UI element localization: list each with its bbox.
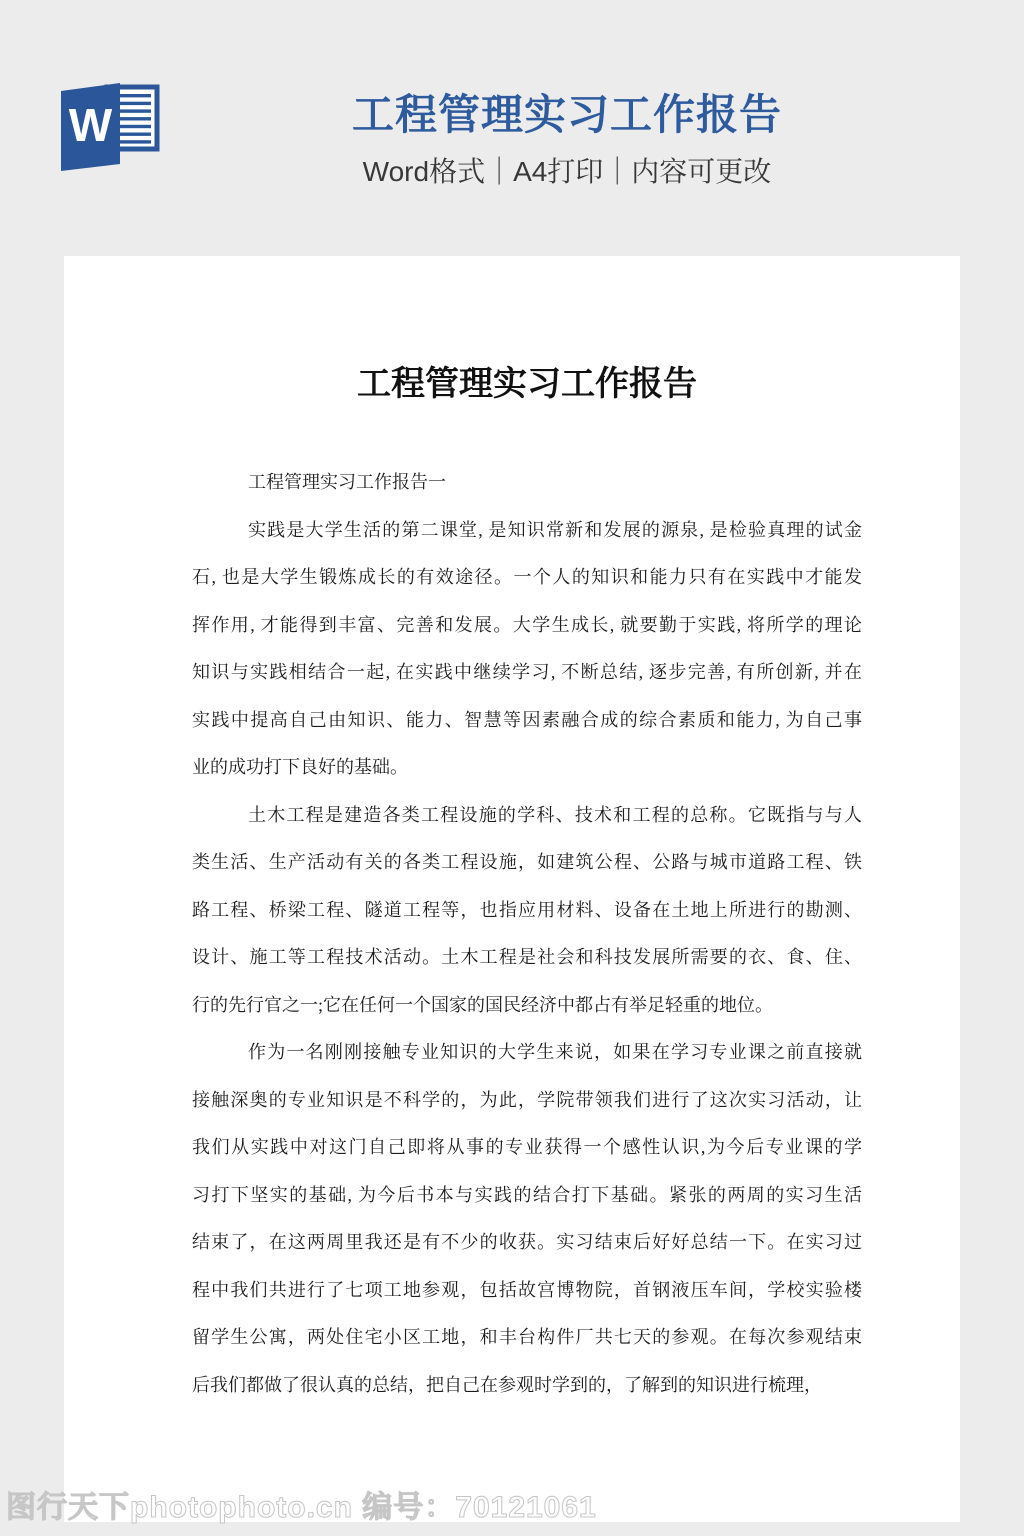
header-subtitle: Word格式｜A4打印｜内容可更改 [352,152,782,192]
template-preview-page: { "colors":{ "background":"#ececec", "ac… [0,0,1024,1536]
document-line: 结束了，在这两周里我还是有不少的收获。实习结束后好好总结一下。在实习过 [192,1219,862,1267]
watermark-site-id: 图行天下photophoto.cn 编号：70121061 [6,1482,597,1526]
document-line: 习打下坚实的基础, 为今后书本与实践的结合打下基础。紧张的两周的实习生活 [192,1172,862,1220]
document-line: 程中我们共进行了七项工地参观，包括故宫博物院，首钢液压车间，学校实验楼 [192,1267,862,1315]
document-line: 作为一名刚刚接触专业知识的大学生来说，如果在学习专业课之前直接就 [192,1029,862,1077]
document-line: 我们从实践中对这门自己即将从事的专业获得一个感性认识,为今后专业课的学 [192,1124,862,1172]
document-line: 行的先行官之一;它在任何一个国家的国民经济中都占有举足轻重的地位。 [192,982,862,1030]
document-page-inner: 工程管理实习工作报告 工程管理实习工作报告一实践是大学生活的第二课堂, 是知识常… [64,360,960,1409]
document-body: 工程管理实习工作报告一实践是大学生活的第二课堂, 是知识常新和发展的源泉, 是检… [192,459,862,1409]
document-line: 挥作用, 才能得到丰富、完善和发展。大学生成长, 就要勤于实践, 将所学的理论 [192,602,862,650]
document-line: 类生活、生产活动有关的各类工程设施，如建筑公程、公路与城市道路工程、铁 [192,839,862,887]
document-line: 设计、施工等工程技术活动。土木工程是社会和科技发展所需要的衣、食、住、 [192,934,862,982]
document-line: 实践中提高自己由知识、能力、智慧等因素融合成的综合素质和能力, 为自己事 [192,697,862,745]
document-line: 后我们都做了很认真的总结，把自己在参观时学到的，了解到的知识进行梳理， [192,1362,862,1410]
word-icon-letter: W [69,99,113,151]
document-line: 实践是大学生活的第二课堂, 是知识常新和发展的源泉, 是检验真理的试金 [192,507,862,555]
document-line: 土木工程是建造各类工程设施的学科、技术和工程的总称。它既指与与人 [192,792,862,840]
document-line: 工程管理实习工作报告一 [192,459,862,507]
document-line: 石, 也是大学生锻炼成长的有效途径。一个人的知识和能力只有在实践中才能发 [192,554,862,602]
header: W 工程管理实习工作报告 Word格式｜A4打印｜内容可更改 [0,0,1024,256]
document-line: 业的成功打下良好的基础。 [192,744,862,792]
document-page: 工程管理实习工作报告 工程管理实习工作报告一实践是大学生活的第二课堂, 是知识常… [64,256,960,1522]
document-title: 工程管理实习工作报告 [192,360,862,410]
document-line: 接触深奥的专业知识是不科学的，为此，学院带领我们进行了这次实习活动，让 [192,1077,862,1125]
header-title: 工程管理实习工作报告 [352,90,782,140]
document-line: 知识与实践相结合一起, 在实践中继续学习, 不断总结, 逐步完善, 有所创新, … [192,649,862,697]
word-icon: W [58,78,163,175]
document-line: 路工程、桥梁工程、隧道工程等，也指应用材料、设备在土地上所进行的勘测、 [192,887,862,935]
document-line: 留学生公寓，两处住宅小区工地，和丰台构件厂共七天的参观。在每次参观结束 [192,1314,862,1362]
